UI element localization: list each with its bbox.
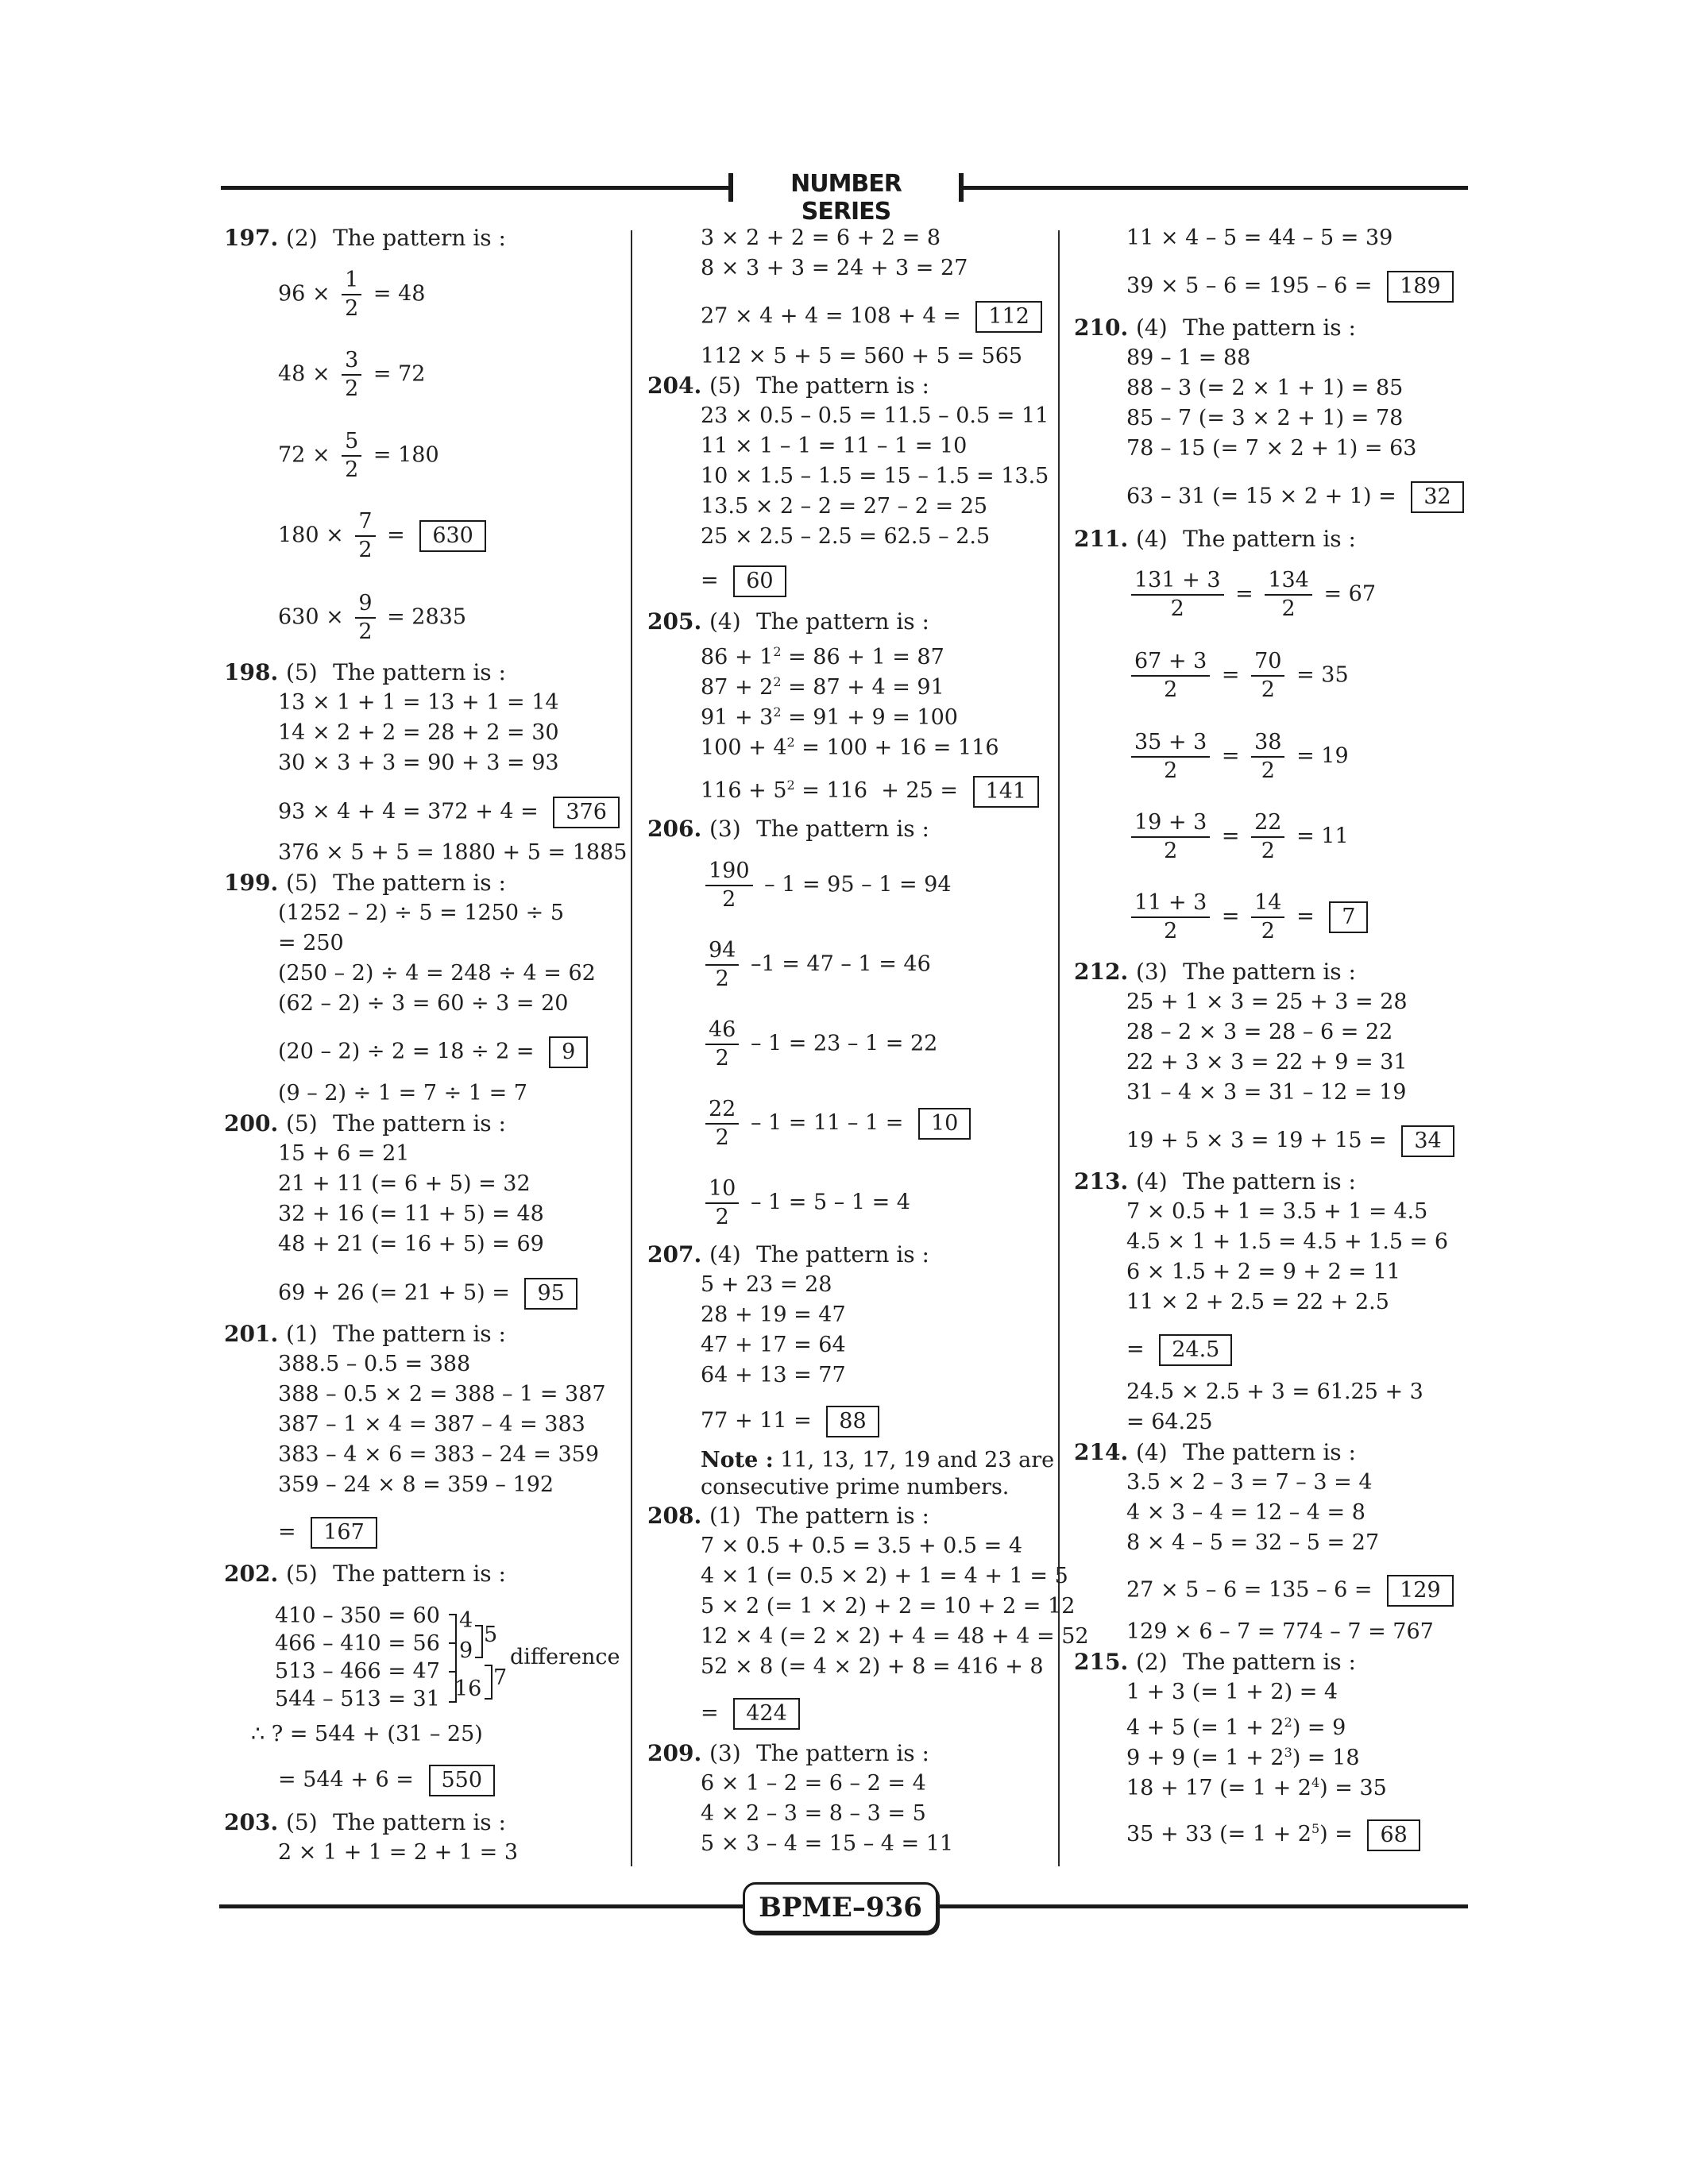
solution-line: 6 × 1 – 2 = 6 – 2 = 4 <box>701 1770 926 1797</box>
answer-box: 60 <box>733 565 786 597</box>
solution-line: (62 – 2) ÷ 3 = 60 ÷ 3 = 20 <box>278 990 569 1017</box>
question-header: 215. (2) The pattern is : <box>1074 1649 1356 1676</box>
answer-box: 189 <box>1387 271 1454 303</box>
fraction: 11 + 32 <box>1131 889 1210 945</box>
solution-line: 4 + 5 (= 1 + 22) = 9 <box>1126 1709 1346 1742</box>
fraction: 702 <box>1251 648 1284 704</box>
fraction: 142 <box>1251 889 1284 945</box>
solution-line: 129 × 6 – 7 = 774 – 7 = 767 <box>1126 1619 1434 1646</box>
fraction-line: 222 – 1 = 11 – 1 = 10 <box>701 1096 971 1152</box>
fraction: 72 <box>355 508 375 564</box>
answer-box: 68 <box>1367 1819 1420 1851</box>
solution-line: 8 × 4 – 5 = 32 – 5 = 27 <box>1126 1530 1379 1557</box>
solution-line: 22 + 3 × 3 = 22 + 9 = 31 <box>1126 1049 1408 1076</box>
solution-line: 32 + 16 (= 11 + 5) = 48 <box>278 1201 544 1228</box>
question-number: 200. <box>224 1110 278 1136</box>
solution-line: 78 – 15 (= 7 × 2 + 1) = 63 <box>1126 435 1417 462</box>
answer-box: 24.5 <box>1159 1334 1232 1366</box>
solution-line: 91 + 32 = 91 + 9 = 100 <box>701 699 958 731</box>
question-header: 211. (4) The pattern is : <box>1074 526 1356 553</box>
solution-line: 47 + 17 = 64 <box>701 1332 846 1359</box>
question-header: 199. (5) The pattern is : <box>224 870 506 897</box>
solution-line: 4 × 3 – 4 = 12 – 4 = 8 <box>1126 1499 1365 1526</box>
answer-option: (5) <box>286 870 318 896</box>
solution-line: 4 × 1 (= 0.5 × 2) + 1 = 4 + 1 = 5 <box>701 1563 1068 1590</box>
question-number: 201. <box>224 1321 278 1347</box>
solution-line: 35 + 33 (= 1 + 25) = 68 <box>1126 1815 1420 1851</box>
solution-line: = 544 + 6 = 550 <box>278 1765 495 1796</box>
fraction: 92 <box>355 590 375 646</box>
question-header: 198. (5) The pattern is : <box>224 659 506 686</box>
question-header: 213. (4) The pattern is : <box>1074 1168 1356 1195</box>
answer-option: (4) <box>709 608 741 635</box>
solution-line: 14 × 2 + 2 = 28 + 2 = 30 <box>278 720 559 747</box>
pattern-label: The pattern is : <box>756 816 929 842</box>
question-number: 198. <box>224 659 278 685</box>
fraction-line: 48 × 32 = 72 <box>278 347 426 403</box>
solution-line: 77 + 11 = 88 <box>701 1406 879 1437</box>
fraction: 102 <box>705 1175 739 1231</box>
solution-line: 12 × 4 (= 2 × 2) + 4 = 48 + 4 = 52 <box>701 1623 1089 1650</box>
answer-option: (5) <box>709 372 741 399</box>
solution-line: 466 – 410 = 56 <box>275 1630 440 1657</box>
answer-box: 141 <box>973 776 1040 808</box>
solution-line: 18 + 17 (= 1 + 24) = 35 <box>1126 1769 1387 1802</box>
solution-line: = 167 <box>278 1517 377 1549</box>
question-number: 206. <box>647 816 701 842</box>
solution-line: 88 – 3 (= 2 × 1 + 1) = 85 <box>1126 375 1403 402</box>
note-line: Note : 11, 13, 17, 19 and 23 are <box>701 1447 1054 1474</box>
solution-line: 27 × 5 – 6 = 135 – 6 = 129 <box>1126 1575 1454 1607</box>
answer-option: (4) <box>1136 1168 1168 1194</box>
question-header: 208. (1) The pattern is : <box>647 1503 929 1530</box>
fraction: 131 + 32 <box>1131 567 1224 623</box>
solution-line: (1252 – 2) ÷ 5 = 1250 ÷ 5 <box>278 900 564 927</box>
second-diff-1: 5 <box>484 1623 497 1647</box>
answer-option: (3) <box>709 816 741 842</box>
question-header: 214. (4) The pattern is : <box>1074 1439 1356 1466</box>
fraction: 382 <box>1251 729 1284 785</box>
question-number: 209. <box>647 1740 701 1766</box>
solution-line: 513 – 466 = 47 <box>275 1658 440 1685</box>
solution-line: 28 + 19 = 47 <box>701 1302 846 1329</box>
question-number: 215. <box>1074 1649 1128 1675</box>
answer-box: 424 <box>733 1698 800 1730</box>
question-number: 202. <box>224 1561 278 1587</box>
solution-line: 9 + 9 (= 1 + 23) = 18 <box>1126 1739 1360 1772</box>
answer-box: 95 <box>524 1278 577 1310</box>
column-divider-2 <box>1058 230 1060 1866</box>
solution-line: 388 – 0.5 × 2 = 388 – 1 = 387 <box>278 1381 606 1408</box>
pattern-label: The pattern is : <box>756 1740 929 1766</box>
answer-option: (4) <box>1136 314 1168 341</box>
pattern-label: The pattern is : <box>333 225 506 251</box>
solution-line: 388.5 – 0.5 = 388 <box>278 1351 470 1378</box>
solution-line: 544 – 513 = 31 <box>275 1686 440 1713</box>
page-code-badge: BPME–936 <box>743 1882 938 1933</box>
question-number: 204. <box>647 372 701 399</box>
solution-line: = 24.5 <box>1126 1334 1232 1366</box>
question-header: 204. (5) The pattern is : <box>647 372 929 399</box>
solution-line: 15 + 6 = 21 <box>278 1140 409 1167</box>
pattern-label: The pattern is : <box>333 1321 506 1347</box>
fraction: 19 + 32 <box>1131 809 1210 865</box>
pattern-label: The pattern is : <box>756 1503 929 1529</box>
question-header: 201. (1) The pattern is : <box>224 1321 506 1348</box>
fraction-line: 19 + 32 = 222 = 11 <box>1126 809 1349 865</box>
pattern-label: The pattern is : <box>1183 526 1356 552</box>
fraction-line: 131 + 32 = 1342 = 67 <box>1126 567 1376 623</box>
solution-line: 13.5 × 2 – 2 = 27 – 2 = 25 <box>701 493 987 520</box>
answer-box: 32 <box>1411 481 1463 513</box>
solution-line: 48 + 21 (= 16 + 5) = 69 <box>278 1231 544 1258</box>
pattern-label: The pattern is : <box>756 608 929 635</box>
pattern-label: The pattern is : <box>333 870 506 896</box>
answer-box: 550 <box>429 1765 496 1796</box>
answer-option: (1) <box>286 1321 318 1347</box>
solution-line: 39 × 5 – 6 = 195 – 6 = 189 <box>1126 271 1454 303</box>
solution-line: (250 – 2) ÷ 4 = 248 ÷ 4 = 62 <box>278 960 596 987</box>
pattern-label: The pattern is : <box>1183 1168 1356 1194</box>
solution-line: 3.5 × 2 – 3 = 7 – 3 = 4 <box>1126 1469 1373 1496</box>
question-number: 203. <box>224 1809 278 1835</box>
solution-line: 376 × 5 + 5 = 1880 + 5 = 1885 <box>278 839 627 866</box>
solution-line: 116 + 52 = 116 + 25 = 141 <box>701 772 1039 808</box>
solution-line: 11 × 4 – 5 = 44 – 5 = 39 <box>1126 225 1393 252</box>
column-divider-1 <box>631 230 632 1866</box>
question-header: 203. (5) The pattern is : <box>224 1809 506 1836</box>
fraction: 12 <box>342 267 361 322</box>
solution-line: 64 + 13 = 77 <box>701 1362 846 1389</box>
pattern-label: The pattern is : <box>333 1110 506 1136</box>
question-header: 206. (3) The pattern is : <box>647 816 929 843</box>
solution-line: 1 + 3 (= 1 + 2) = 4 <box>1126 1679 1338 1706</box>
solution-line: (9 – 2) ÷ 1 = 7 ÷ 1 = 7 <box>278 1080 527 1107</box>
bracket-second-2 <box>485 1665 492 1700</box>
solution-line: 93 × 4 + 4 = 372 + 4 = 376 <box>278 797 620 828</box>
question-header: 212. (3) The pattern is : <box>1074 959 1356 986</box>
question-number: 197. <box>224 225 278 251</box>
answer-box: 112 <box>975 301 1042 333</box>
solution-line: 52 × 8 (= 4 × 2) + 8 = 416 + 8 <box>701 1653 1044 1680</box>
fraction: 52 <box>342 428 361 484</box>
answer-box: 630 <box>419 520 486 552</box>
fraction: 222 <box>705 1096 739 1152</box>
question-number: 210. <box>1074 314 1128 341</box>
question-number: 212. <box>1074 959 1128 985</box>
solution-line: 13 × 1 + 1 = 13 + 1 = 14 <box>278 689 559 716</box>
solution-line: 4.5 × 1 + 1.5 = 4.5 + 1.5 = 6 <box>1126 1229 1448 1256</box>
solution-line: 89 – 1 = 88 <box>1126 345 1250 372</box>
first-diff-1: 4 <box>459 1609 473 1633</box>
page-title: NUMBER SERIES <box>745 170 947 226</box>
difference-label: difference <box>510 1646 620 1669</box>
solution-line: 7 × 0.5 + 0.5 = 3.5 + 0.5 = 4 <box>701 1533 1022 1560</box>
question-number: 205. <box>647 608 701 635</box>
solution-line: (20 – 2) ÷ 2 = 18 ÷ 2 = 9 <box>278 1036 588 1068</box>
fraction-line: 102 – 1 = 5 – 1 = 4 <box>701 1175 910 1231</box>
solution-line: 30 × 3 + 3 = 90 + 3 = 93 <box>278 750 559 777</box>
answer-option: (3) <box>1136 959 1168 985</box>
solution-line: 387 – 1 × 4 = 387 – 4 = 383 <box>278 1411 585 1438</box>
solution-line: = 424 <box>701 1698 800 1730</box>
question-number: 199. <box>224 870 278 896</box>
solution-line: 4 × 2 – 3 = 8 – 3 = 5 <box>701 1800 926 1827</box>
solution-line: 63 – 31 (= 15 × 2 + 1) = 32 <box>1126 481 1464 513</box>
solution-line: 25 × 2.5 – 2.5 = 62.5 – 2.5 <box>701 523 990 550</box>
answer-option: (4) <box>709 1241 741 1268</box>
fraction: 32 <box>342 347 361 403</box>
first-diff-3: 16 <box>454 1677 481 1701</box>
question-number: 207. <box>647 1241 701 1268</box>
answer-option: (5) <box>286 659 318 685</box>
pattern-label: The pattern is : <box>333 1809 506 1835</box>
solution-line: 8 × 3 + 3 = 24 + 3 = 27 <box>701 255 968 282</box>
fraction: 1902 <box>705 858 753 913</box>
question-header: 209. (3) The pattern is : <box>647 1740 929 1767</box>
pattern-label: The pattern is : <box>756 1241 929 1268</box>
fraction-line: 96 × 12 = 48 <box>278 267 426 322</box>
solution-line: 3 × 2 + 2 = 6 + 2 = 8 <box>701 225 941 252</box>
fraction: 942 <box>705 937 739 993</box>
solution-line: 19 + 5 × 3 = 19 + 15 = 34 <box>1126 1125 1454 1157</box>
answer-option: (3) <box>709 1740 741 1766</box>
question-header: 197. (2) The pattern is : <box>224 225 506 252</box>
fraction: 1342 <box>1265 567 1312 623</box>
answer-box: 34 <box>1401 1125 1454 1157</box>
question-number: 214. <box>1074 1439 1128 1465</box>
solution-line: 383 – 4 × 6 = 383 – 24 = 359 <box>278 1441 599 1468</box>
answer-option: (4) <box>1136 526 1168 552</box>
answer-box: 376 <box>553 797 620 828</box>
question-header: 210. (4) The pattern is : <box>1074 314 1356 341</box>
answer-box: 129 <box>1387 1575 1454 1607</box>
solution-line: 87 + 22 = 87 + 4 = 91 <box>701 669 944 701</box>
answer-option: (4) <box>1136 1439 1168 1465</box>
fraction-line: 35 + 32 = 382 = 19 <box>1126 729 1349 785</box>
fraction: 67 + 32 <box>1131 648 1210 704</box>
solution-line: ∴ ? = 544 + (31 – 25) <box>251 1721 483 1748</box>
header-bar-left <box>728 173 733 202</box>
pattern-label: The pattern is : <box>1183 1439 1356 1465</box>
solution-line: 100 + 42 = 100 + 16 = 116 <box>701 729 999 762</box>
solution-line: 6 × 1.5 + 2 = 9 + 2 = 11 <box>1126 1259 1400 1286</box>
question-header: 205. (4) The pattern is : <box>647 608 929 635</box>
solution-line: 11 × 1 – 1 = 11 – 1 = 10 <box>701 433 967 460</box>
fraction-line: 180 × 72 = 630 <box>278 508 486 564</box>
question-number: 208. <box>647 1503 701 1529</box>
solution-line: 24.5 × 2.5 + 3 = 61.25 + 3 <box>1126 1379 1423 1406</box>
pattern-label: The pattern is : <box>1183 1649 1356 1675</box>
solution-line: 11 × 2 + 2.5 = 22 + 2.5 <box>1126 1289 1389 1316</box>
fraction: 462 <box>705 1017 739 1072</box>
solution-line: 359 – 24 × 8 = 359 – 192 <box>278 1472 554 1499</box>
answer-box: 167 <box>311 1517 377 1549</box>
solution-line: 2 × 1 + 1 = 2 + 1 = 3 <box>278 1839 518 1866</box>
answer-option: (5) <box>286 1809 318 1835</box>
bracket-1 <box>449 1614 457 1644</box>
answer-option: (2) <box>1136 1649 1168 1675</box>
fraction-line: 67 + 32 = 702 = 35 <box>1126 648 1349 704</box>
fraction-line: 11 + 32 = 142 = 7 <box>1126 889 1368 945</box>
question-number: 213. <box>1074 1168 1128 1194</box>
fraction-line: 630 × 92 = 2835 <box>278 590 466 646</box>
pattern-label: The pattern is : <box>333 659 506 685</box>
bracket-2 <box>449 1642 457 1673</box>
bracket-second-1 <box>475 1625 483 1658</box>
pattern-label: The pattern is : <box>1183 959 1356 985</box>
header-rule-left <box>221 186 731 190</box>
first-diff-2: 9 <box>459 1639 473 1663</box>
pattern-label: The pattern is : <box>1183 314 1356 341</box>
solution-line: 5 × 2 (= 1 × 2) + 2 = 10 + 2 = 12 <box>701 1593 1075 1620</box>
solution-line: 28 – 2 × 3 = 28 – 6 = 22 <box>1126 1019 1393 1046</box>
solution-line: 7 × 0.5 + 1 = 3.5 + 1 = 4.5 <box>1126 1198 1427 1225</box>
fraction-line: 942 –1 = 47 – 1 = 46 <box>701 937 931 993</box>
question-number: 211. <box>1074 526 1128 552</box>
solution-line: 21 + 11 (= 6 + 5) = 32 <box>278 1171 531 1198</box>
question-header: 200. (5) The pattern is : <box>224 1110 506 1137</box>
solution-line: = 60 <box>701 565 786 597</box>
answer-box: 10 <box>918 1108 971 1140</box>
solution-line: 112 × 5 + 5 = 560 + 5 = 565 <box>701 343 1022 370</box>
solution-line: 5 × 3 – 4 = 15 – 4 = 11 <box>701 1831 953 1858</box>
second-diff-2: 7 <box>493 1666 507 1690</box>
solution-line: consecutive prime numbers. <box>701 1474 1009 1501</box>
solution-line: 27 × 4 + 4 = 108 + 4 = 112 <box>701 301 1042 333</box>
solution-line: 410 – 350 = 60 <box>275 1603 440 1630</box>
answer-box: 7 <box>1329 901 1368 933</box>
pattern-label: The pattern is : <box>333 1561 506 1587</box>
solution-line: 23 × 0.5 – 0.5 = 11.5 – 0.5 = 11 <box>701 403 1049 430</box>
answer-option: (5) <box>286 1110 318 1136</box>
pattern-label: The pattern is : <box>756 372 929 399</box>
answer-option: (5) <box>286 1561 318 1587</box>
answer-box: 9 <box>549 1036 588 1068</box>
answer-box: 88 <box>826 1406 879 1437</box>
fraction: 222 <box>1251 809 1284 865</box>
solution-line: 5 + 23 = 28 <box>701 1271 832 1298</box>
fraction-line: 1902 – 1 = 95 – 1 = 94 <box>701 858 952 913</box>
question-header: 202. (5) The pattern is : <box>224 1561 506 1588</box>
solution-line: 25 + 1 × 3 = 25 + 3 = 28 <box>1126 989 1408 1016</box>
header-rule-right <box>961 186 1468 190</box>
fraction-line: 462 – 1 = 23 – 1 = 22 <box>701 1017 937 1072</box>
fraction: 35 + 32 <box>1131 729 1210 785</box>
question-header: 207. (4) The pattern is : <box>647 1241 929 1268</box>
solution-line: 31 – 4 × 3 = 31 – 12 = 19 <box>1126 1079 1406 1106</box>
solution-line: 69 + 26 (= 21 + 5) = 95 <box>278 1278 577 1310</box>
solution-line: 86 + 12 = 86 + 1 = 87 <box>701 639 944 671</box>
fraction-line: 72 × 52 = 180 <box>278 428 439 484</box>
answer-option: (2) <box>286 225 318 251</box>
solution-line: = 64.25 <box>1126 1409 1213 1436</box>
solution-line: 10 × 1.5 – 1.5 = 15 – 1.5 = 13.5 <box>701 463 1049 490</box>
answer-option: (1) <box>709 1503 741 1529</box>
solution-line: 85 – 7 (= 3 × 2 + 1) = 78 <box>1126 405 1403 432</box>
solution-line: = 250 <box>278 930 344 957</box>
